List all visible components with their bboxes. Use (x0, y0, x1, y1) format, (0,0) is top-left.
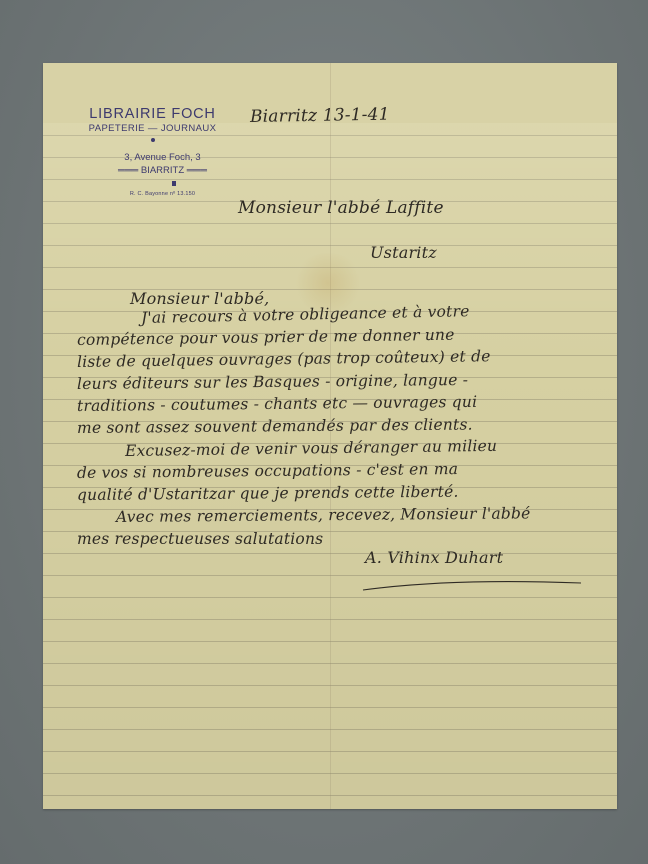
recipient: Monsieur l'abbé Laffite (238, 198, 444, 218)
body-line-2: compétence pour vous prier de me donner … (77, 326, 455, 349)
body-line-10: Avec mes remerciements, recevez, Monsieu… (116, 504, 531, 526)
letterhead-address: 3, Avenue Foch, 3 (100, 152, 225, 164)
letterhead-city: ═══ BIARRITZ ═══ (100, 164, 225, 177)
letterhead-company: LIBRAIRIE FOCH (80, 105, 225, 123)
body-line-4: leurs éditeurs sur les Basques - origine… (77, 371, 468, 393)
body-line-7: Excusez-moi de venir vous déranger au mi… (125, 437, 497, 460)
letterhead-trades: PAPETERIE — JOURNAUX (80, 123, 225, 135)
salutation: Monsieur l'abbé, (130, 289, 269, 308)
letterhead-registration: R. C. Bayonne nº 13.150 (100, 190, 225, 198)
body-line-11: mes respectueuses salutations (77, 530, 323, 548)
signature: A. Vihinx Duhart (365, 548, 503, 567)
letter-sheet: LIBRAIRIE FOCH PAPETERIE — JOURNAUX 3, A… (43, 63, 617, 809)
recipient-town: Ustaritz (370, 243, 437, 262)
paper-fold-crease (330, 63, 331, 809)
signature-underline (361, 578, 583, 592)
square-ornament-icon (172, 181, 176, 186)
body-line-3: liste de quelques ouvrages (pas trop coû… (77, 347, 491, 371)
body-line-8: de vos si nombreuses occupations - c'est… (77, 460, 458, 482)
body-line-5: traditions - coutumes - chants etc — ouv… (77, 393, 477, 415)
body-line-6: me sont assez souvent demandés par des c… (77, 416, 473, 437)
place-date: Biarritz 13-1-41 (250, 105, 390, 127)
letterhead: LIBRAIRIE FOCH PAPETERIE — JOURNAUX 3, A… (80, 105, 225, 198)
bullet-dot-icon (151, 138, 155, 142)
body-line-9: qualité d'Ustaritzar que je prends cette… (77, 483, 459, 504)
